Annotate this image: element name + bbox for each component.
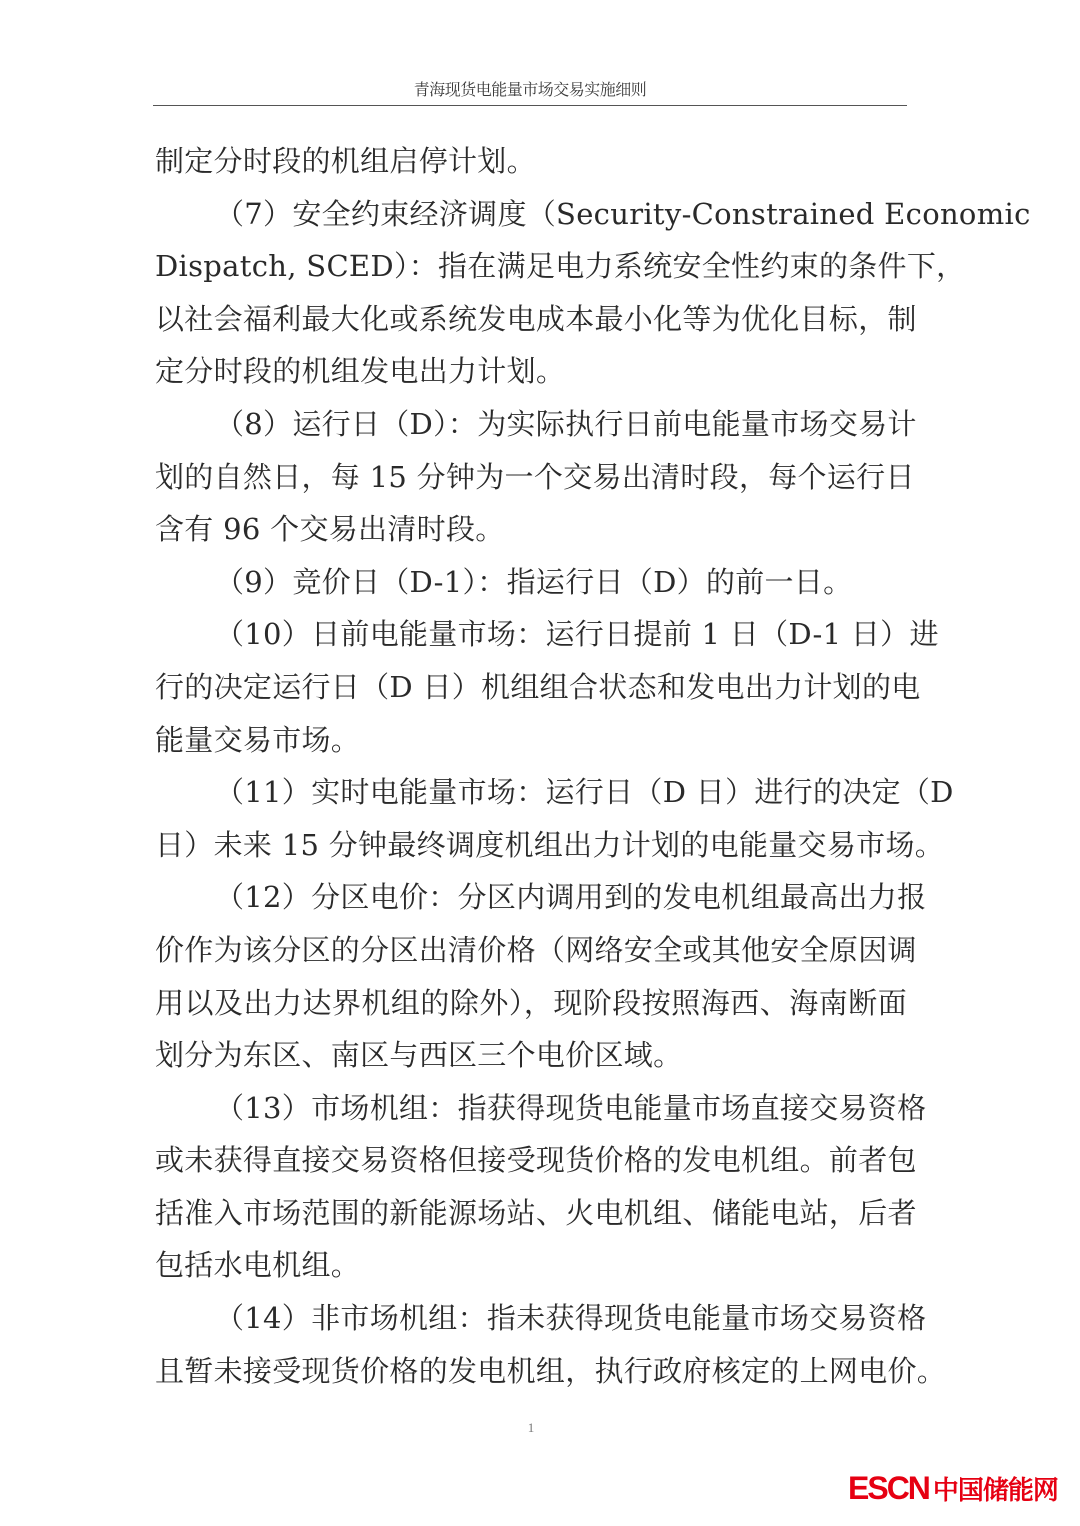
text-line: 行的决定运行日（D 日）机组组合状态和发电出力计划的电: [155, 661, 907, 714]
text-line: （10）日前电能量市场：运行日提前 1 日（D-1 日）进: [155, 608, 907, 661]
text-line: 划分为东区、南区与西区三个电价区域。: [155, 1029, 915, 1082]
text-line: 以社会福利最大化或系统发电成本最小化等为优化目标，制: [155, 293, 907, 346]
watermark-logo-en: ESCN: [848, 1470, 929, 1507]
text-line: （11）实时电能量市场：运行日（D 日）进行的决定（D: [155, 766, 907, 819]
text-line: （9）竞价日（D-1）：指运行日（D）的前一日。: [155, 556, 915, 609]
text-line: 且暂未接受现货价格的发电机组，执行政府核定的上网电价。: [155, 1345, 907, 1398]
text-line: 日）未来 15 分钟最终调度机组出力计划的电能量交易市场。: [155, 819, 907, 872]
text-line: 能量交易市场。: [155, 714, 915, 767]
text-line: 制定分时段的机组启停计划。: [155, 135, 915, 188]
text-line: 划的自然日，每 15 分钟为一个交易出清时段，每个运行日: [155, 451, 907, 504]
text-line: （7）安全约束经济调度（Security-Constrained Economi…: [155, 188, 907, 241]
text-line: （13）市场机组：指获得现货电能量市场直接交易资格: [155, 1082, 907, 1135]
text-line: 价作为该分区的分区出清价格（网络安全或其他安全原因调: [155, 924, 907, 977]
text-line: Dispatch, SCED）：指在满足电力系统安全性约束的条件下，: [155, 240, 907, 293]
text-line: （8）运行日（D）：为实际执行日前电能量市场交易计: [155, 398, 907, 451]
escn-watermark-logo: ESCN 中国储能网: [848, 1470, 1058, 1506]
text-line: （12）分区电价：分区内调用到的发电机组最高出力报: [155, 871, 907, 924]
page-number: 1: [520, 1420, 542, 1436]
text-line: 或未获得直接交易资格但接受现货价格的发电机组。前者包: [155, 1134, 907, 1187]
header-divider: [153, 105, 907, 106]
text-line: （14）非市场机组：指未获得现货电能量市场交易资格: [155, 1292, 907, 1345]
text-line: 含有 96 个交易出清时段。: [155, 503, 915, 556]
text-line: 定分时段的机组发电出力计划。: [155, 345, 915, 398]
text-line: 括准入市场范围的新能源场站、火电机组、储能电站，后者: [155, 1187, 907, 1240]
watermark-logo-cn: 中国储能网: [933, 1470, 1058, 1507]
text-line: 包括水电机组。: [155, 1239, 915, 1292]
text-line: 用以及出力达界机组的除外），现阶段按照海西、海南断面: [155, 977, 907, 1030]
running-header-title: 青海现货电能量市场交易实施细则: [153, 79, 907, 101]
document-body: 制定分时段的机组启停计划。 （7）安全约束经济调度（Security-Const…: [155, 135, 915, 1397]
